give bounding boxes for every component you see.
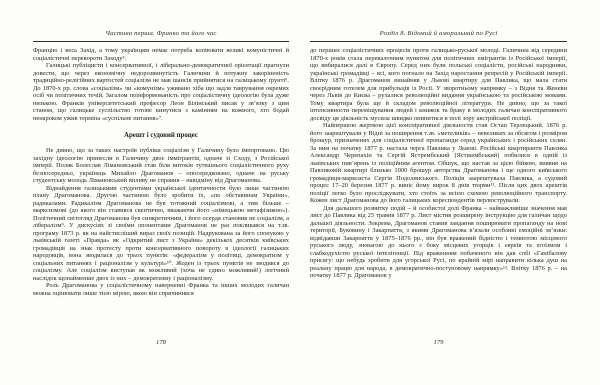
left-page: Частина перша. Франко та його час Франці… xyxy=(33,30,289,360)
paragraph: Для дальшого розвитку подій – й особисто… xyxy=(310,205,567,280)
section-heading: Арешт і судовий процес xyxy=(33,132,289,140)
paragraph: Францію і весь Захід, а тому українцям н… xyxy=(33,47,289,62)
paragraph: Галицькі публіцисти і консервативної, і … xyxy=(33,62,289,122)
right-running-head: Розділ 8. Відомий й аморальний по Русі xyxy=(310,30,567,42)
left-page-number: 178 xyxy=(33,339,289,346)
paragraph: Найпершою жертвою цієї конспіративної ді… xyxy=(310,122,567,205)
book-spread: Частина перша. Франко та його час Франці… xyxy=(0,0,600,385)
right-text-block: до перших соціалістичних процесів проти … xyxy=(310,47,567,280)
paragraph: до перших соціалістичних процесів проти … xyxy=(310,47,567,122)
left-running-head: Частина перша. Франко та його час xyxy=(33,30,289,42)
paragraph: Роль Драгоманова у соціалістичному навер… xyxy=(33,282,289,297)
paragraph: Віднайдення галицькими студентами україн… xyxy=(33,185,289,283)
right-page: Розділ 8. Відомий й аморальний по Русі д… xyxy=(310,30,567,360)
left-text-block: Францію і весь Захід, а тому українцям н… xyxy=(33,47,289,297)
right-page-number: 179 xyxy=(310,339,567,346)
paragraph: Не дивно, що за таких настроїв публіки с… xyxy=(33,147,289,185)
